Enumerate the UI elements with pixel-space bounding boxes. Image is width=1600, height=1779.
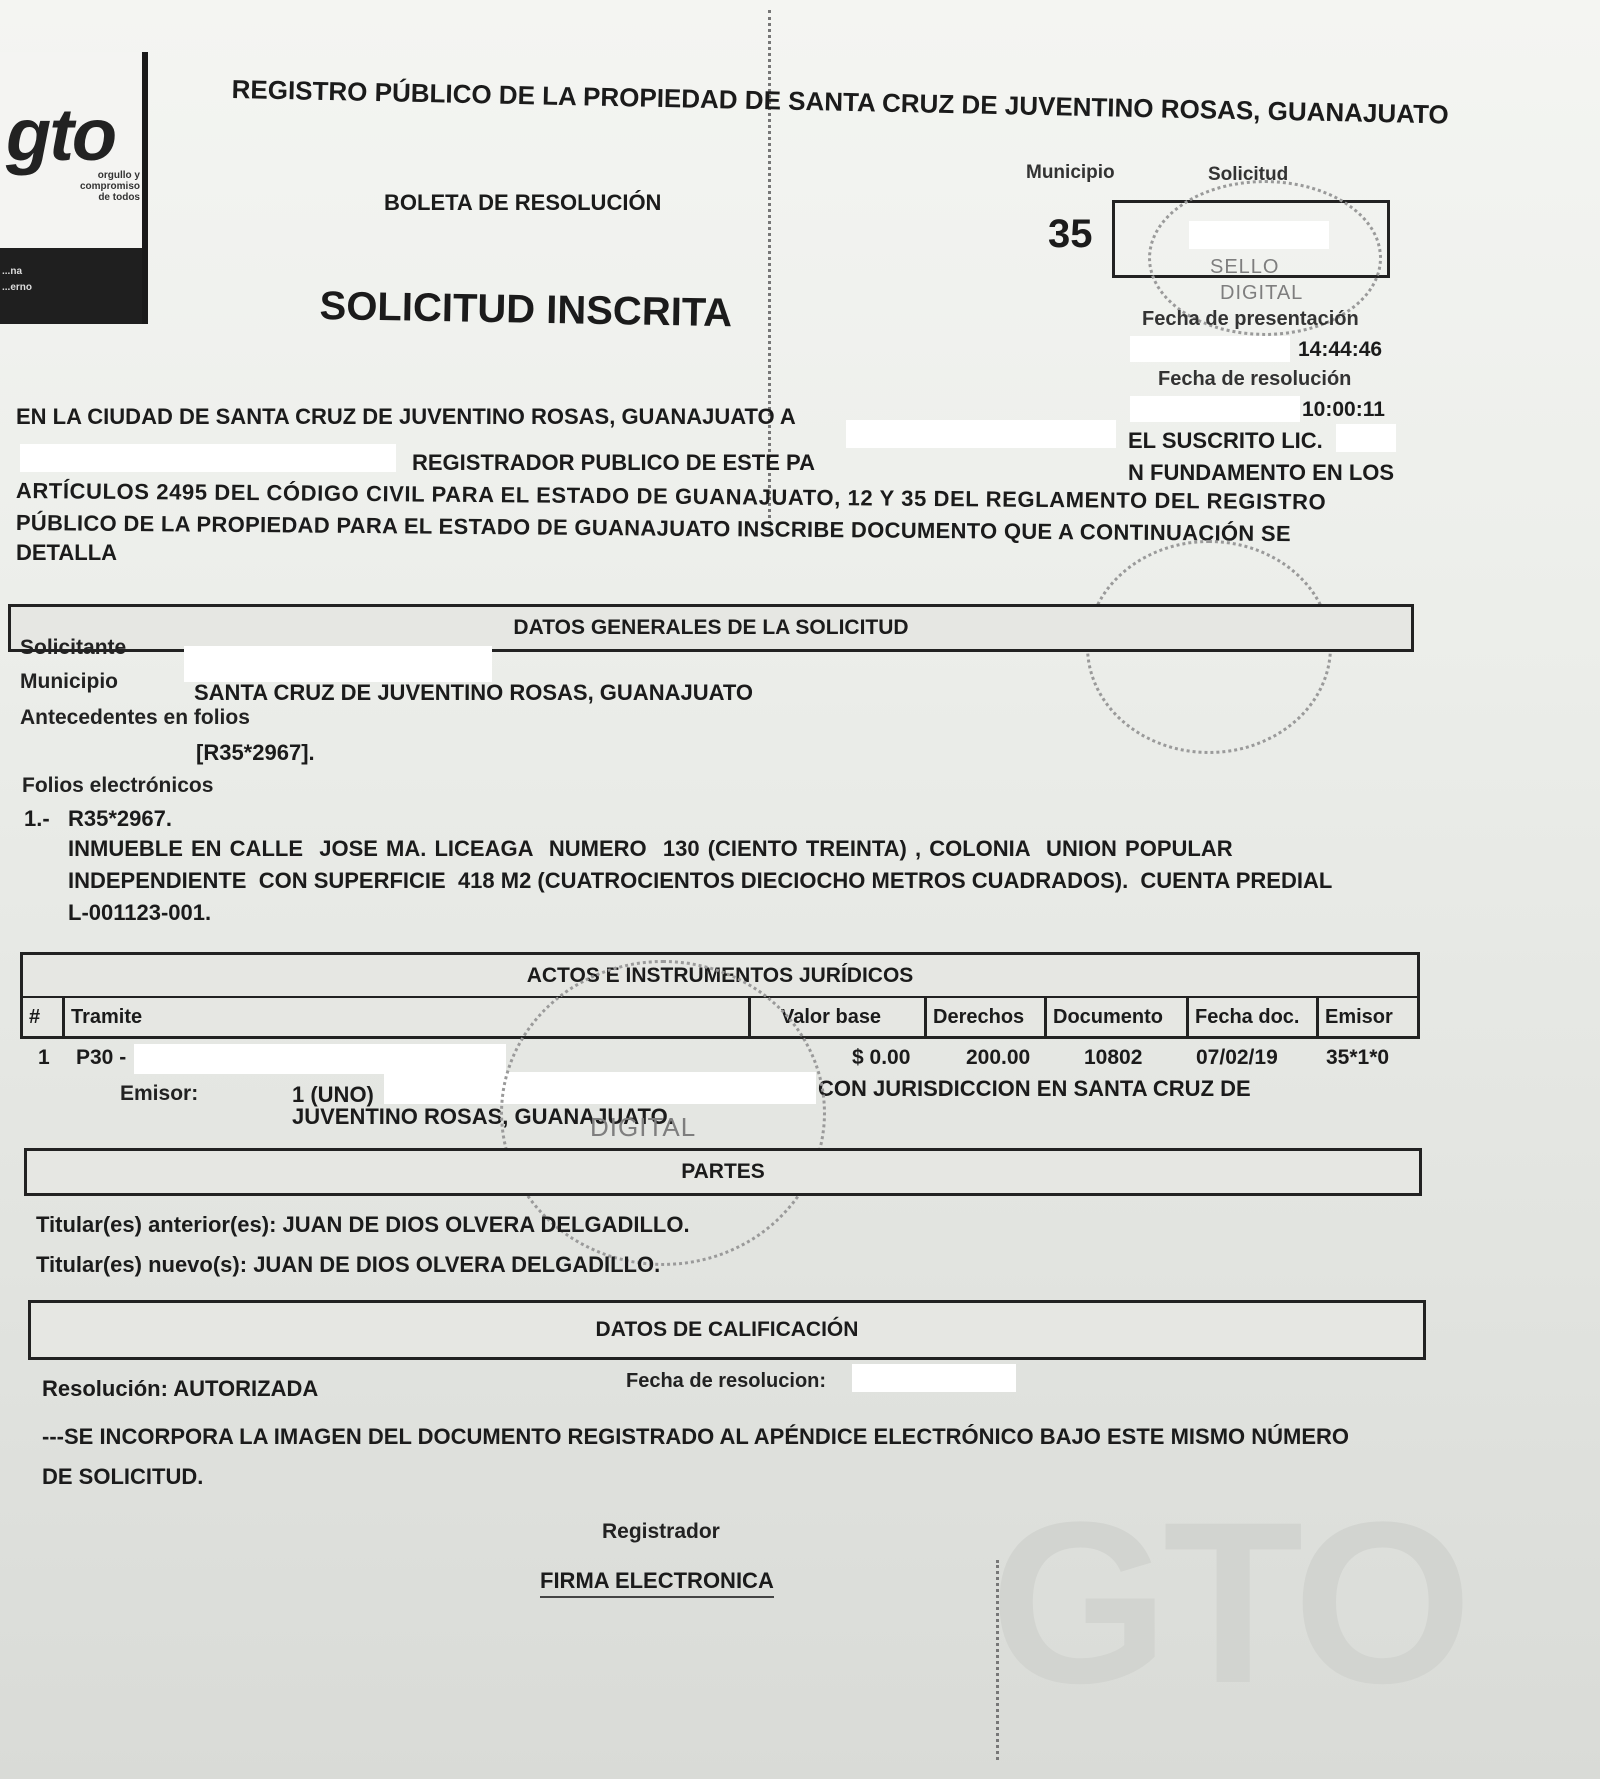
- seal-text-2: DIGITAL: [1220, 282, 1303, 305]
- col-emisor: Emisor: [1319, 998, 1417, 1036]
- municipio-label: Municipio: [1026, 162, 1115, 184]
- preamble-line-2a: REGISTRADOR PUBLICO DE ESTE PA: [412, 450, 815, 476]
- fecha-resolucion-calif-label: Fecha de resolucion:: [626, 1370, 826, 1393]
- preamble-line-1: EN LA CIUDAD DE SANTA CRUZ DE JUVENTINO …: [16, 404, 796, 430]
- section-partes: PARTES: [24, 1148, 1422, 1196]
- preamble-suscrito: EL SUSCRITO LIC.: [1128, 428, 1323, 454]
- fold-line: [996, 1560, 1002, 1760]
- redacted-lic: [1336, 424, 1396, 452]
- row-derechos: 200.00: [966, 1046, 1030, 1070]
- slip-type: BOLETA DE RESOLUCIÓN: [384, 190, 661, 216]
- emisor-value-end: CON JURISDICCION EN SANTA CRUZ DE: [818, 1076, 1251, 1102]
- signature-firma: FIRMA ELECTRONICA: [540, 1568, 774, 1598]
- registry-title: REGISTRO PÚBLICO DE LA PROPIEDAD DE SANT…: [231, 74, 1449, 130]
- solicitante-label: Solicitante: [20, 636, 126, 660]
- redacted-registrar-name: [20, 444, 396, 472]
- col-documento: Documento: [1047, 998, 1189, 1036]
- logo-wordmark: gto: [6, 92, 115, 177]
- redacted-fecha-calif: [852, 1364, 1016, 1392]
- redacted-date: [846, 420, 1116, 448]
- logo-slogan: orgullo y compromiso de todos: [30, 170, 140, 203]
- preamble-line-5: DETALLA: [16, 540, 117, 566]
- resolucion: Resolución: AUTORIZADA: [42, 1376, 318, 1402]
- row-fecha-doc: 07/02/19: [1196, 1046, 1278, 1070]
- note-line-1: ---SE INCORPORA LA IMAGEN DEL DOCUMENTO …: [42, 1424, 1349, 1450]
- folio-description-1: INMUEBLE EN CALLE JOSE MA. LICEAGA NUMER…: [68, 836, 1233, 862]
- resolucion-label: Resolución:: [42, 1376, 168, 1401]
- antecedentes-label: Antecedentes en folios: [20, 706, 250, 730]
- fecha-presentacion-time: 14:44:46: [1298, 338, 1382, 362]
- folio-index: 1.-: [24, 806, 50, 832]
- emisor-label: Emisor:: [120, 1082, 198, 1106]
- col-fecha-doc: Fecha doc.: [1189, 998, 1319, 1036]
- antecedentes-value: [R35*2967].: [196, 740, 315, 766]
- fecha-resolucion-label: Fecha de resolución: [1158, 368, 1351, 391]
- resolucion-value: AUTORIZADA: [173, 1376, 318, 1401]
- logo-rule: [142, 52, 148, 324]
- titular-nuevo: Titular(es) nuevo(s): JUAN DE DIOS OLVER…: [36, 1252, 660, 1278]
- titular-nuevo-label: Titular(es) nuevo(s):: [36, 1252, 247, 1277]
- fecha-presentacion-label: Fecha de presentación: [1142, 308, 1359, 331]
- note-line-2: DE SOLICITUD.: [42, 1464, 203, 1490]
- titular-anterior-label: Titular(es) anterior(es):: [36, 1212, 276, 1237]
- titular-anterior-value: JUAN DE DIOS OLVERA DELGADILLO.: [283, 1212, 690, 1237]
- logo-band: ...na ...erno: [0, 248, 144, 324]
- row-valor-base: $ 0.00: [852, 1046, 910, 1070]
- redacted-solicitante: [184, 646, 492, 682]
- section-datos-generales: DATOS GENERALES DE LA SOLICITUD: [8, 604, 1414, 652]
- seal-text-2: DIGITAL: [590, 1112, 696, 1143]
- municipio-field-value: SANTA CRUZ DE JUVENTINO ROSAS, GUANAJUAT…: [194, 680, 753, 706]
- seal-text-1: SELLO: [1210, 256, 1279, 279]
- fecha-resolucion-time: 10:00:11: [1302, 398, 1385, 422]
- folio-description-3: L-001123-001.: [68, 900, 211, 926]
- redacted-tramite: [134, 1044, 506, 1074]
- preamble-line-4: PÚBLICO DE LA PROPIEDAD PARA EL ESTADO D…: [16, 510, 1291, 547]
- row-emisor: 35*1*0: [1326, 1046, 1389, 1070]
- status-title: SOLICITUD INSCRITA: [319, 284, 732, 336]
- signature-role: Registrador: [602, 1520, 720, 1544]
- watermark: GTO: [990, 1470, 1466, 1735]
- municipio-field-label: Municipio: [20, 670, 118, 694]
- section-calificacion: DATOS DE CALIFICACIÓN: [28, 1300, 1426, 1360]
- titular-anterior: Titular(es) anterior(es): JUAN DE DIOS O…: [36, 1212, 690, 1238]
- redacted-fecha-presentacion: [1130, 336, 1290, 362]
- folio-id: R35*2967.: [68, 806, 172, 832]
- logo: gto orgullo y compromiso de todos ...na …: [0, 52, 148, 324]
- col-derechos: Derechos: [927, 998, 1047, 1036]
- row-documento: 10802: [1084, 1046, 1142, 1070]
- folio-description-2: INDEPENDIENTE CON SUPERFICIE 418 M2 (CUA…: [68, 868, 1332, 894]
- row-num: 1: [38, 1046, 50, 1070]
- municipio-number: 35: [1048, 212, 1093, 257]
- folios-label: Folios electrónicos: [22, 774, 213, 798]
- redacted-fecha-resolucion: [1130, 396, 1300, 422]
- row-tramite: P30 -: [76, 1046, 126, 1070]
- preamble-line-2b: N FUNDAMENTO EN LOS: [1128, 460, 1394, 486]
- titular-nuevo-value: JUAN DE DIOS OLVERA DELGADILLO.: [253, 1252, 660, 1277]
- col-num: #: [23, 998, 65, 1036]
